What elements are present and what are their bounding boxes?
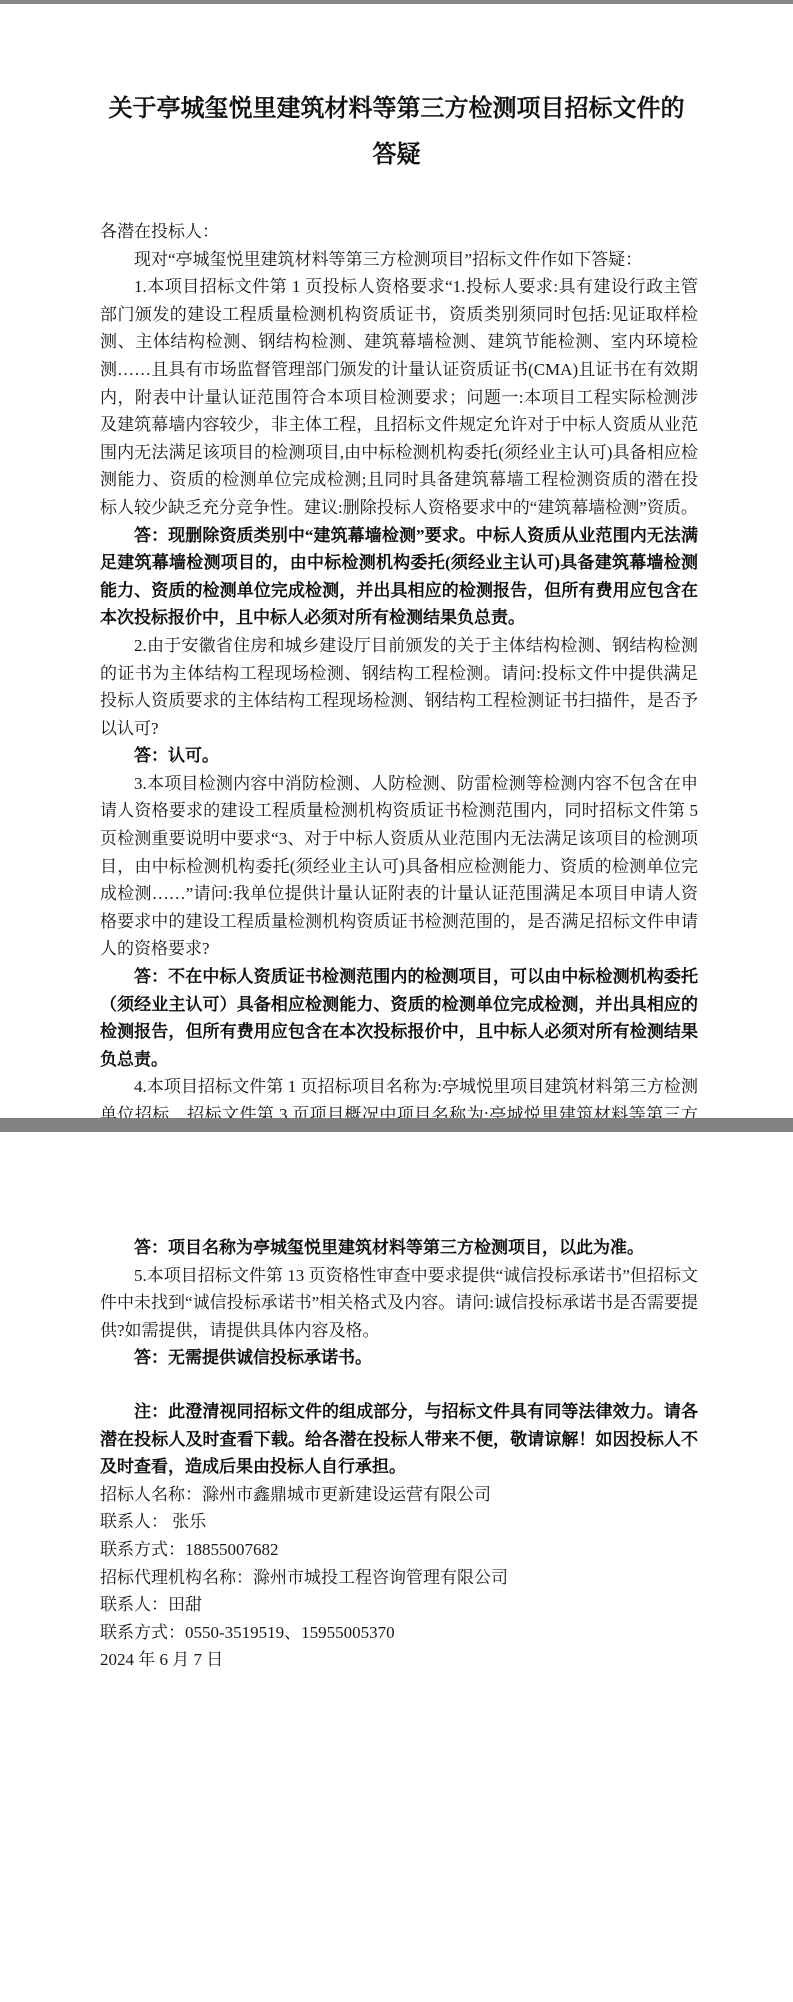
paragraph: 5.本项目招标文件第 13 页资格性审查中要求提供“诚信投标承诺书”但招标文件中… bbox=[100, 1262, 698, 1345]
paragraph: 1.本项目招标文件第 1 页投标人资格要求“1.投标人要求:具有建设行政主管部门… bbox=[100, 273, 698, 521]
paragraph: 招标代理机构名称：滁州市城投工程咨询管理有限公司 bbox=[100, 1564, 698, 1592]
paragraph: 答：现删除资质类别中“建筑幕墙检测”要求。中标人资质从业范围内无法满足建筑幕墙检… bbox=[100, 522, 698, 632]
paragraph: 答：无需提供诚信投标承诺书。 bbox=[100, 1344, 698, 1372]
paragraph: 4.本项目招标文件第 1 页招标项目名称为:亭城悦里项目建筑材料第三方检测单位招… bbox=[100, 1073, 698, 1118]
paragraph: 2.由于安徽省住房和城乡建设厅目前颁发的关于主体结构检测、钢结构检测的证书为主体… bbox=[100, 632, 698, 742]
document-title-line-2: 答疑 bbox=[100, 132, 693, 178]
paragraph: 现对“亭城玺悦里建筑材料等第三方检测项目”招标文件作如下答疑： bbox=[100, 246, 698, 274]
document-page-2: 答：项目名称为亭城玺悦里建筑材料等第三方检测项目，以此为准。5.本项目招标文件第… bbox=[0, 1132, 793, 1998]
paragraph: 答：认可。 bbox=[100, 742, 698, 770]
paragraph: 答：项目名称为亭城玺悦里建筑材料等第三方检测项目，以此为准。 bbox=[100, 1234, 698, 1262]
page-top-edge-bar bbox=[0, 0, 793, 4]
document-page-1: 关于亭城玺悦里建筑材料等第三方检测项目招标文件的 答疑 各潜在投标人：现对“亭城… bbox=[0, 0, 793, 1118]
paragraph: 联系方式：0550-3519519、15955005370 bbox=[100, 1619, 698, 1647]
paragraph: 3.本项目检测内容中消防检测、人防检测、防雷检测等检测内容不包含在申请人资格要求… bbox=[100, 770, 698, 963]
document-title-line-1: 关于亭城玺悦里建筑材料等第三方检测项目招标文件的 bbox=[100, 86, 693, 132]
page-1-body: 各潜在投标人：现对“亭城玺悦里建筑材料等第三方检测项目”招标文件作如下答疑：1.… bbox=[100, 218, 698, 1118]
paragraph: 注：此澄清视同招标文件的组成部分，与招标文件具有同等法律效力。请各潜在投标人及时… bbox=[100, 1398, 698, 1481]
page-separator-bar bbox=[0, 1118, 793, 1132]
paragraph: 联系方式：18855007682 bbox=[100, 1536, 698, 1564]
paragraph: 2024 年 6 月 7 日 bbox=[100, 1646, 698, 1674]
paragraph: 招标人名称：滁州市鑫鼎城市更新建设运营有限公司 bbox=[100, 1481, 698, 1509]
page-2-body: 答：项目名称为亭城玺悦里建筑材料等第三方检测项目，以此为准。5.本项目招标文件第… bbox=[100, 1234, 698, 1674]
paragraph: 联系人：田甜 bbox=[100, 1591, 698, 1619]
paragraph: 联系人： 张乐 bbox=[100, 1508, 698, 1536]
document-viewport: 关于亭城玺悦里建筑材料等第三方检测项目招标文件的 答疑 各潜在投标人：现对“亭城… bbox=[0, 0, 793, 2002]
document-title: 关于亭城玺悦里建筑材料等第三方检测项目招标文件的 答疑 bbox=[100, 86, 693, 178]
paragraph: 各潜在投标人： bbox=[100, 218, 698, 246]
paragraph: 答：不在中标人资质证书检测范围内的检测项目，可以由中标检测机构委托（须经业主认可… bbox=[100, 963, 698, 1073]
